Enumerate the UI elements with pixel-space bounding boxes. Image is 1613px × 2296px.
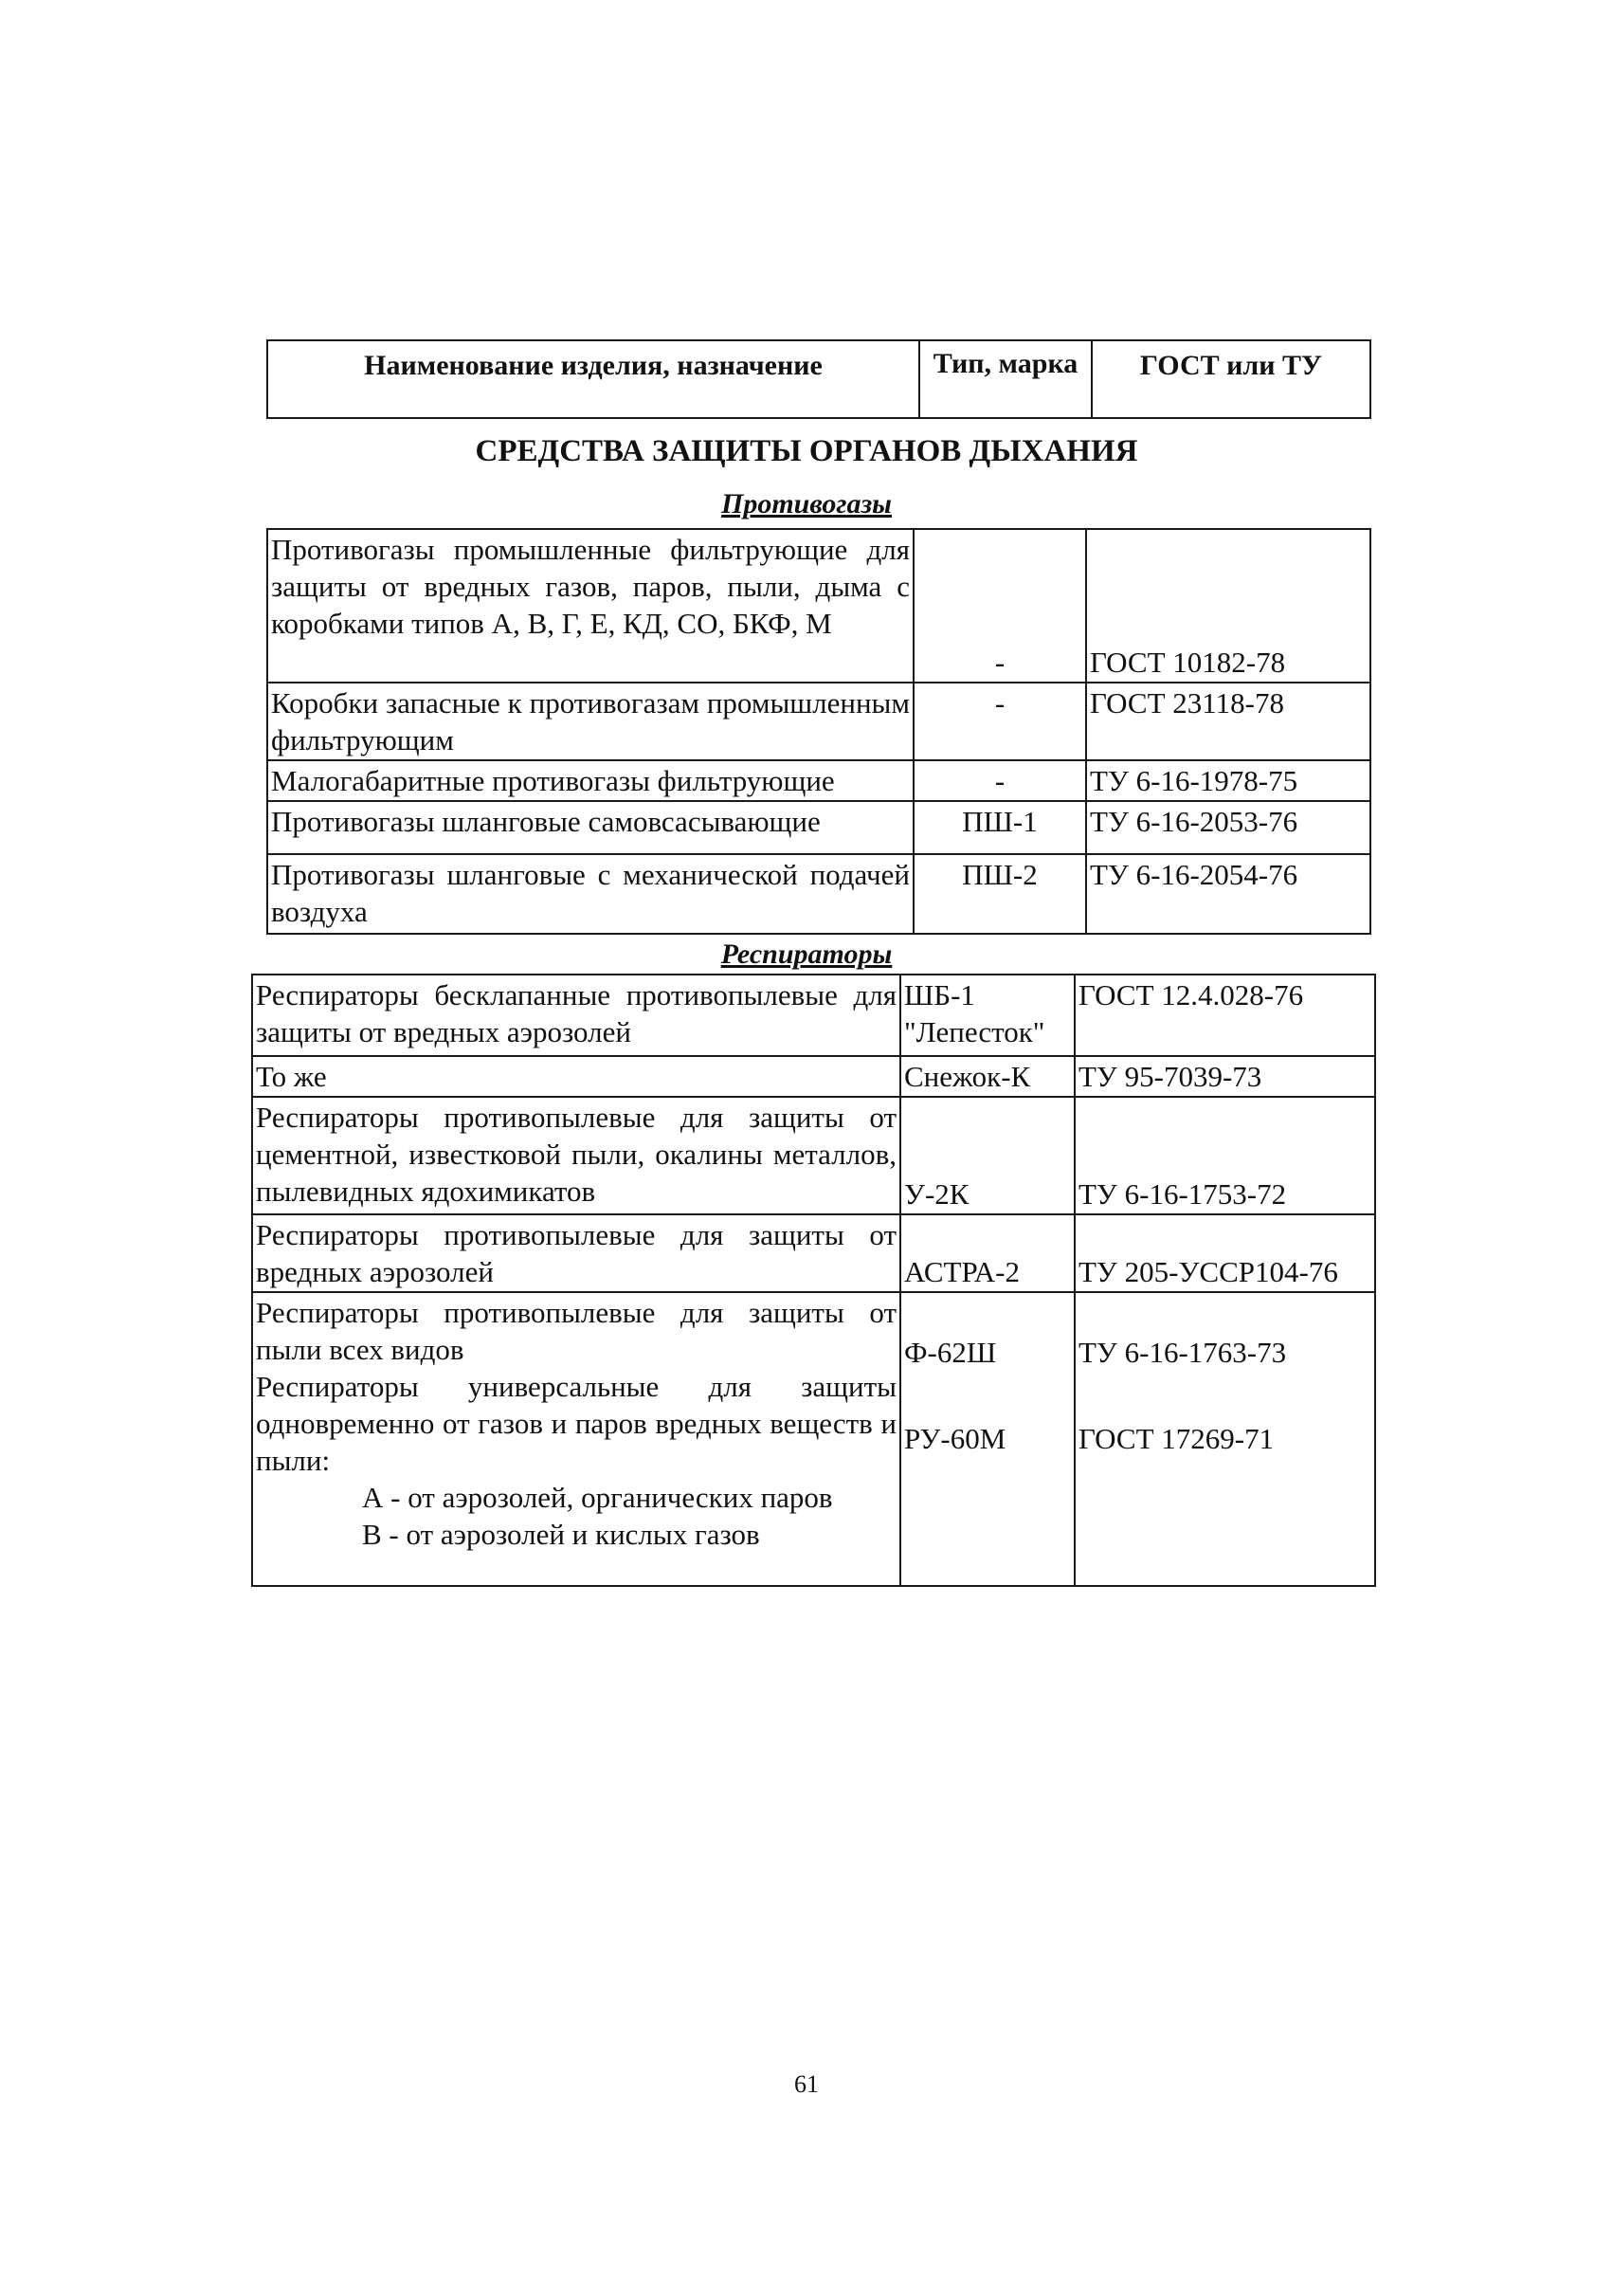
- cell-standard: ТУ 6-16-1763-73 ГОСТ 17269-71: [1075, 1292, 1375, 1586]
- gas-masks-table: Противогазы промышленные фильтрующие для…: [266, 528, 1371, 935]
- gas-masks-subtitle: Противогазы: [0, 488, 1613, 520]
- cell-standard: ТУ 6-16-2053-76: [1086, 801, 1370, 854]
- standard-1: ТУ 6-16-1763-73: [1078, 1334, 1371, 1371]
- name-part-1: Респираторы противопылевые для защиты от…: [256, 1294, 897, 1368]
- cell-standard: ТУ 6-16-1978-75: [1086, 760, 1370, 801]
- table-row: Респираторы противопылевые для защиты от…: [252, 1214, 1375, 1292]
- cell-name: Коробки запасные к противогазам промышле…: [267, 683, 914, 760]
- cell-standard: ГОСТ 10182-78: [1086, 529, 1370, 683]
- cell-type: У-2К: [900, 1097, 1075, 1214]
- cell-standard: ТУ 6-16-2054-76: [1086, 854, 1370, 934]
- cell-type: -: [914, 683, 1086, 760]
- table-row: Противогазы промышленные фильтрующие для…: [267, 529, 1370, 683]
- cell-type: -: [914, 529, 1086, 683]
- cell-standard: ГОСТ 12.4.028-76: [1075, 975, 1375, 1056]
- header-col-type: Тип, марка: [919, 340, 1092, 418]
- header-table: Наименование изделия, назначение Тип, ма…: [266, 339, 1371, 419]
- table-row: Респираторы бесклапанные противопылевые …: [252, 975, 1375, 1056]
- type-line-2: "Лепесток": [904, 1013, 1071, 1050]
- cell-name: Противогазы шланговые с механической под…: [267, 854, 914, 934]
- cell-name: Респираторы бесклапанные противопылевые …: [252, 975, 900, 1056]
- cell-type: АСТРА-2: [900, 1214, 1075, 1292]
- cell-name: Респираторы противопылевые для защиты от…: [252, 1214, 900, 1292]
- table-row: То же Снежок-К ТУ 95-7039-73: [252, 1056, 1375, 1097]
- cell-type: -: [914, 760, 1086, 801]
- type-line-1: ШБ-1: [904, 976, 1071, 1013]
- cell-type: Снежок-К: [900, 1056, 1075, 1097]
- cell-standard: ТУ 6-16-1753-72: [1075, 1097, 1375, 1214]
- cell-name: Малогабаритные противогазы фильтрующие: [267, 760, 914, 801]
- cell-standard: ТУ 205-УССР104-76: [1075, 1214, 1375, 1292]
- cell-type: ПШ-2: [914, 854, 1086, 934]
- table-row: Малогабаритные противогазы фильтрующие -…: [267, 760, 1370, 801]
- header-col-name: Наименование изделия, назначение: [267, 340, 919, 418]
- type-2: РУ-60М: [904, 1420, 1071, 1457]
- cell-name: То же: [252, 1056, 900, 1097]
- page-number: 61: [0, 2070, 1613, 2099]
- cell-name: Респираторы противопылевые для защиты от…: [252, 1292, 900, 1586]
- respirators-table: Респираторы бесклапанные противопылевые …: [251, 974, 1376, 1587]
- name-part-2: Респираторы универсальные для защиты одн…: [256, 1368, 897, 1479]
- table-row: Коробки запасные к противогазам промышле…: [267, 683, 1370, 760]
- section-title: СРЕДСТВА ЗАЩИТЫ ОРГАНОВ ДЫХАНИЯ: [0, 434, 1613, 469]
- table-row: Противогазы шланговые с механической под…: [267, 854, 1370, 934]
- cell-standard: ГОСТ 23118-78: [1086, 683, 1370, 760]
- respirators-subtitle: Респираторы: [0, 938, 1613, 971]
- cell-standard: ТУ 95-7039-73: [1075, 1056, 1375, 1097]
- cell-name: Противогазы промышленные фильтрующие для…: [267, 529, 914, 683]
- cell-type: ШБ-1 "Лепесток": [900, 975, 1075, 1056]
- subtype-a: А - от аэрозолей, органических паров: [256, 1479, 897, 1516]
- header-col-standard: ГОСТ или ТУ: [1092, 340, 1370, 418]
- subtype-b: В - от аэрозолей и кислых газов: [256, 1516, 897, 1553]
- type-1: Ф-62Ш: [904, 1334, 1071, 1371]
- table-row: Респираторы противопылевые для защиты от…: [252, 1292, 1375, 1586]
- standard-2: ГОСТ 17269-71: [1078, 1420, 1371, 1457]
- table-row: Противогазы шланговые самовсасывающие ПШ…: [267, 801, 1370, 854]
- cell-type: Ф-62Ш РУ-60М: [900, 1292, 1075, 1586]
- cell-name: Респираторы противопылевые для защиты от…: [252, 1097, 900, 1214]
- cell-name: Противогазы шланговые самовсасывающие: [267, 801, 914, 854]
- cell-type: ПШ-1: [914, 801, 1086, 854]
- table-row: Респираторы противопылевые для защиты от…: [252, 1097, 1375, 1214]
